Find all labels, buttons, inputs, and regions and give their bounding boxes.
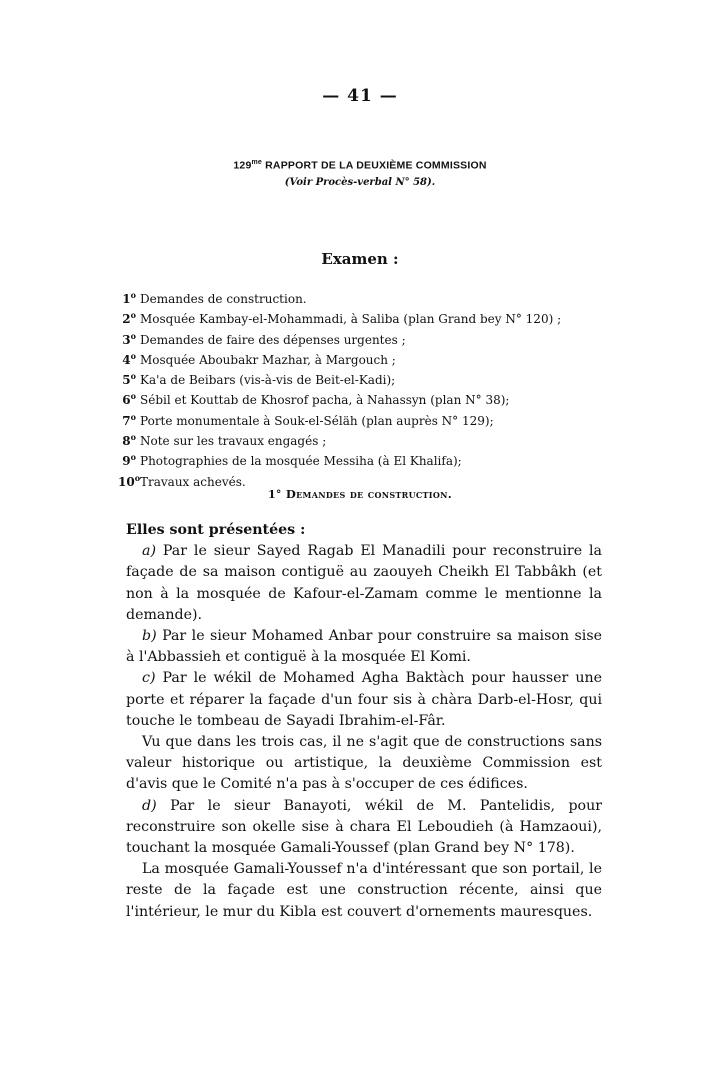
list-item: 3oDemandes de faire des dépenses urgente… <box>118 328 598 348</box>
paragraph-c: c) Par le wékil de Mohamed Agha Baktàch … <box>126 668 602 732</box>
examen-heading: Examen : <box>0 250 720 268</box>
section-title-text: Demandes de construction. <box>286 487 452 501</box>
item-text: Ka'a de Beibars (vis-à-vis de Beit-el-Ka… <box>140 373 395 387</box>
list-item: 7oPorte monumentale à Souk-el-Séläh (pla… <box>118 409 598 429</box>
paragraph-vu: Vu que dans les trois cas, il ne s'agit … <box>126 732 602 796</box>
report-ordinal-suffix: me <box>251 159 262 166</box>
label-d: d) <box>142 798 157 814</box>
item-number: 5 <box>122 373 130 387</box>
item-number: 6 <box>122 393 130 407</box>
text-b: Par le sieur Mohamed Anbar pour construi… <box>126 628 602 665</box>
item-number: 9 <box>122 454 130 468</box>
report-title-text: RAPPORT DE LA DEUXIÈME COMMISSION <box>265 160 486 172</box>
item-number: 3 <box>122 333 130 347</box>
list-item: 2oMosquée Kambay-el-Mohammadi, à Saliba … <box>118 307 598 327</box>
section-number: 1° <box>268 488 282 501</box>
list-item: 6oSébil et Kouttab de Khosrof pacha, à N… <box>118 388 598 408</box>
text-a: Par le sieur Sayed Ragab El Manadili pou… <box>126 543 602 623</box>
section-heading: 1° Demandes de construction. <box>0 487 720 501</box>
list-item: 4oMosquée Aboubakr Mazhar, à Margouch ; <box>118 348 598 368</box>
list-item: 5oKa'a de Beibars (vis-à-vis de Beit-el-… <box>118 368 598 388</box>
item-number: 7 <box>122 414 130 428</box>
label-a: a) <box>142 543 156 559</box>
item-number: 4 <box>122 353 130 367</box>
list-item: 9oPhotographies de la mosquée Messiha (à… <box>118 449 598 469</box>
item-text: Porte monumentale à Souk-el-Séläh (plan … <box>140 414 494 428</box>
report-title: 129me RAPPORT DE LA DEUXIÈME COMMISSION <box>0 159 720 172</box>
item-text: Sébil et Kouttab de Khosrof pacha, à Nah… <box>140 393 509 407</box>
page-number: — 41 — <box>0 86 720 106</box>
label-c: c) <box>142 670 155 686</box>
item-number: 8 <box>122 434 130 448</box>
item-text: Mosquée Aboubakr Mazhar, à Margouch ; <box>140 353 396 367</box>
item-text: Note sur les travaux engagés ; <box>140 434 326 448</box>
list-item: 8oNote sur les travaux engagés ; <box>118 429 598 449</box>
item-number: 1 <box>122 292 130 306</box>
text-d: Par le sieur Banayoti, wékil de M. Pante… <box>126 798 602 856</box>
paragraph-gamali: La mosquée Gamali-Youssef n'a d'intéress… <box>126 859 602 923</box>
paragraph-b: b) Par le sieur Mohamed Anbar pour const… <box>126 626 602 668</box>
paragraph-a: a) Par le sieur Sayed Ragab El Manadili … <box>126 541 602 626</box>
report-subtitle: (Voir Procès-verbal N° 58). <box>0 177 720 188</box>
label-b: b) <box>142 628 157 644</box>
item-number: 2 <box>122 312 130 326</box>
paragraph-intro: Elles sont présentées : <box>126 520 602 541</box>
item-text: Demandes de construction. <box>140 292 307 306</box>
examen-list: 1oDemandes de construction. 2oMosquée Ka… <box>118 287 598 490</box>
item-text: Photographies de la mosquée Messiha (à E… <box>140 454 462 468</box>
item-text: Demandes de faire des dépenses urgentes … <box>140 333 406 347</box>
body-text: Elles sont présentées : a) Par le sieur … <box>126 520 602 923</box>
report-ordinal: 129 <box>233 160 251 172</box>
item-text: Mosquée Kambay-el-Mohammadi, à Saliba (p… <box>140 312 561 326</box>
list-item: 1oDemandes de construction. <box>118 287 598 307</box>
paragraph-d: d) Par le sieur Banayoti, wékil de M. Pa… <box>126 796 602 860</box>
text-c: Par le wékil de Mohamed Agha Baktàch pou… <box>126 670 602 728</box>
